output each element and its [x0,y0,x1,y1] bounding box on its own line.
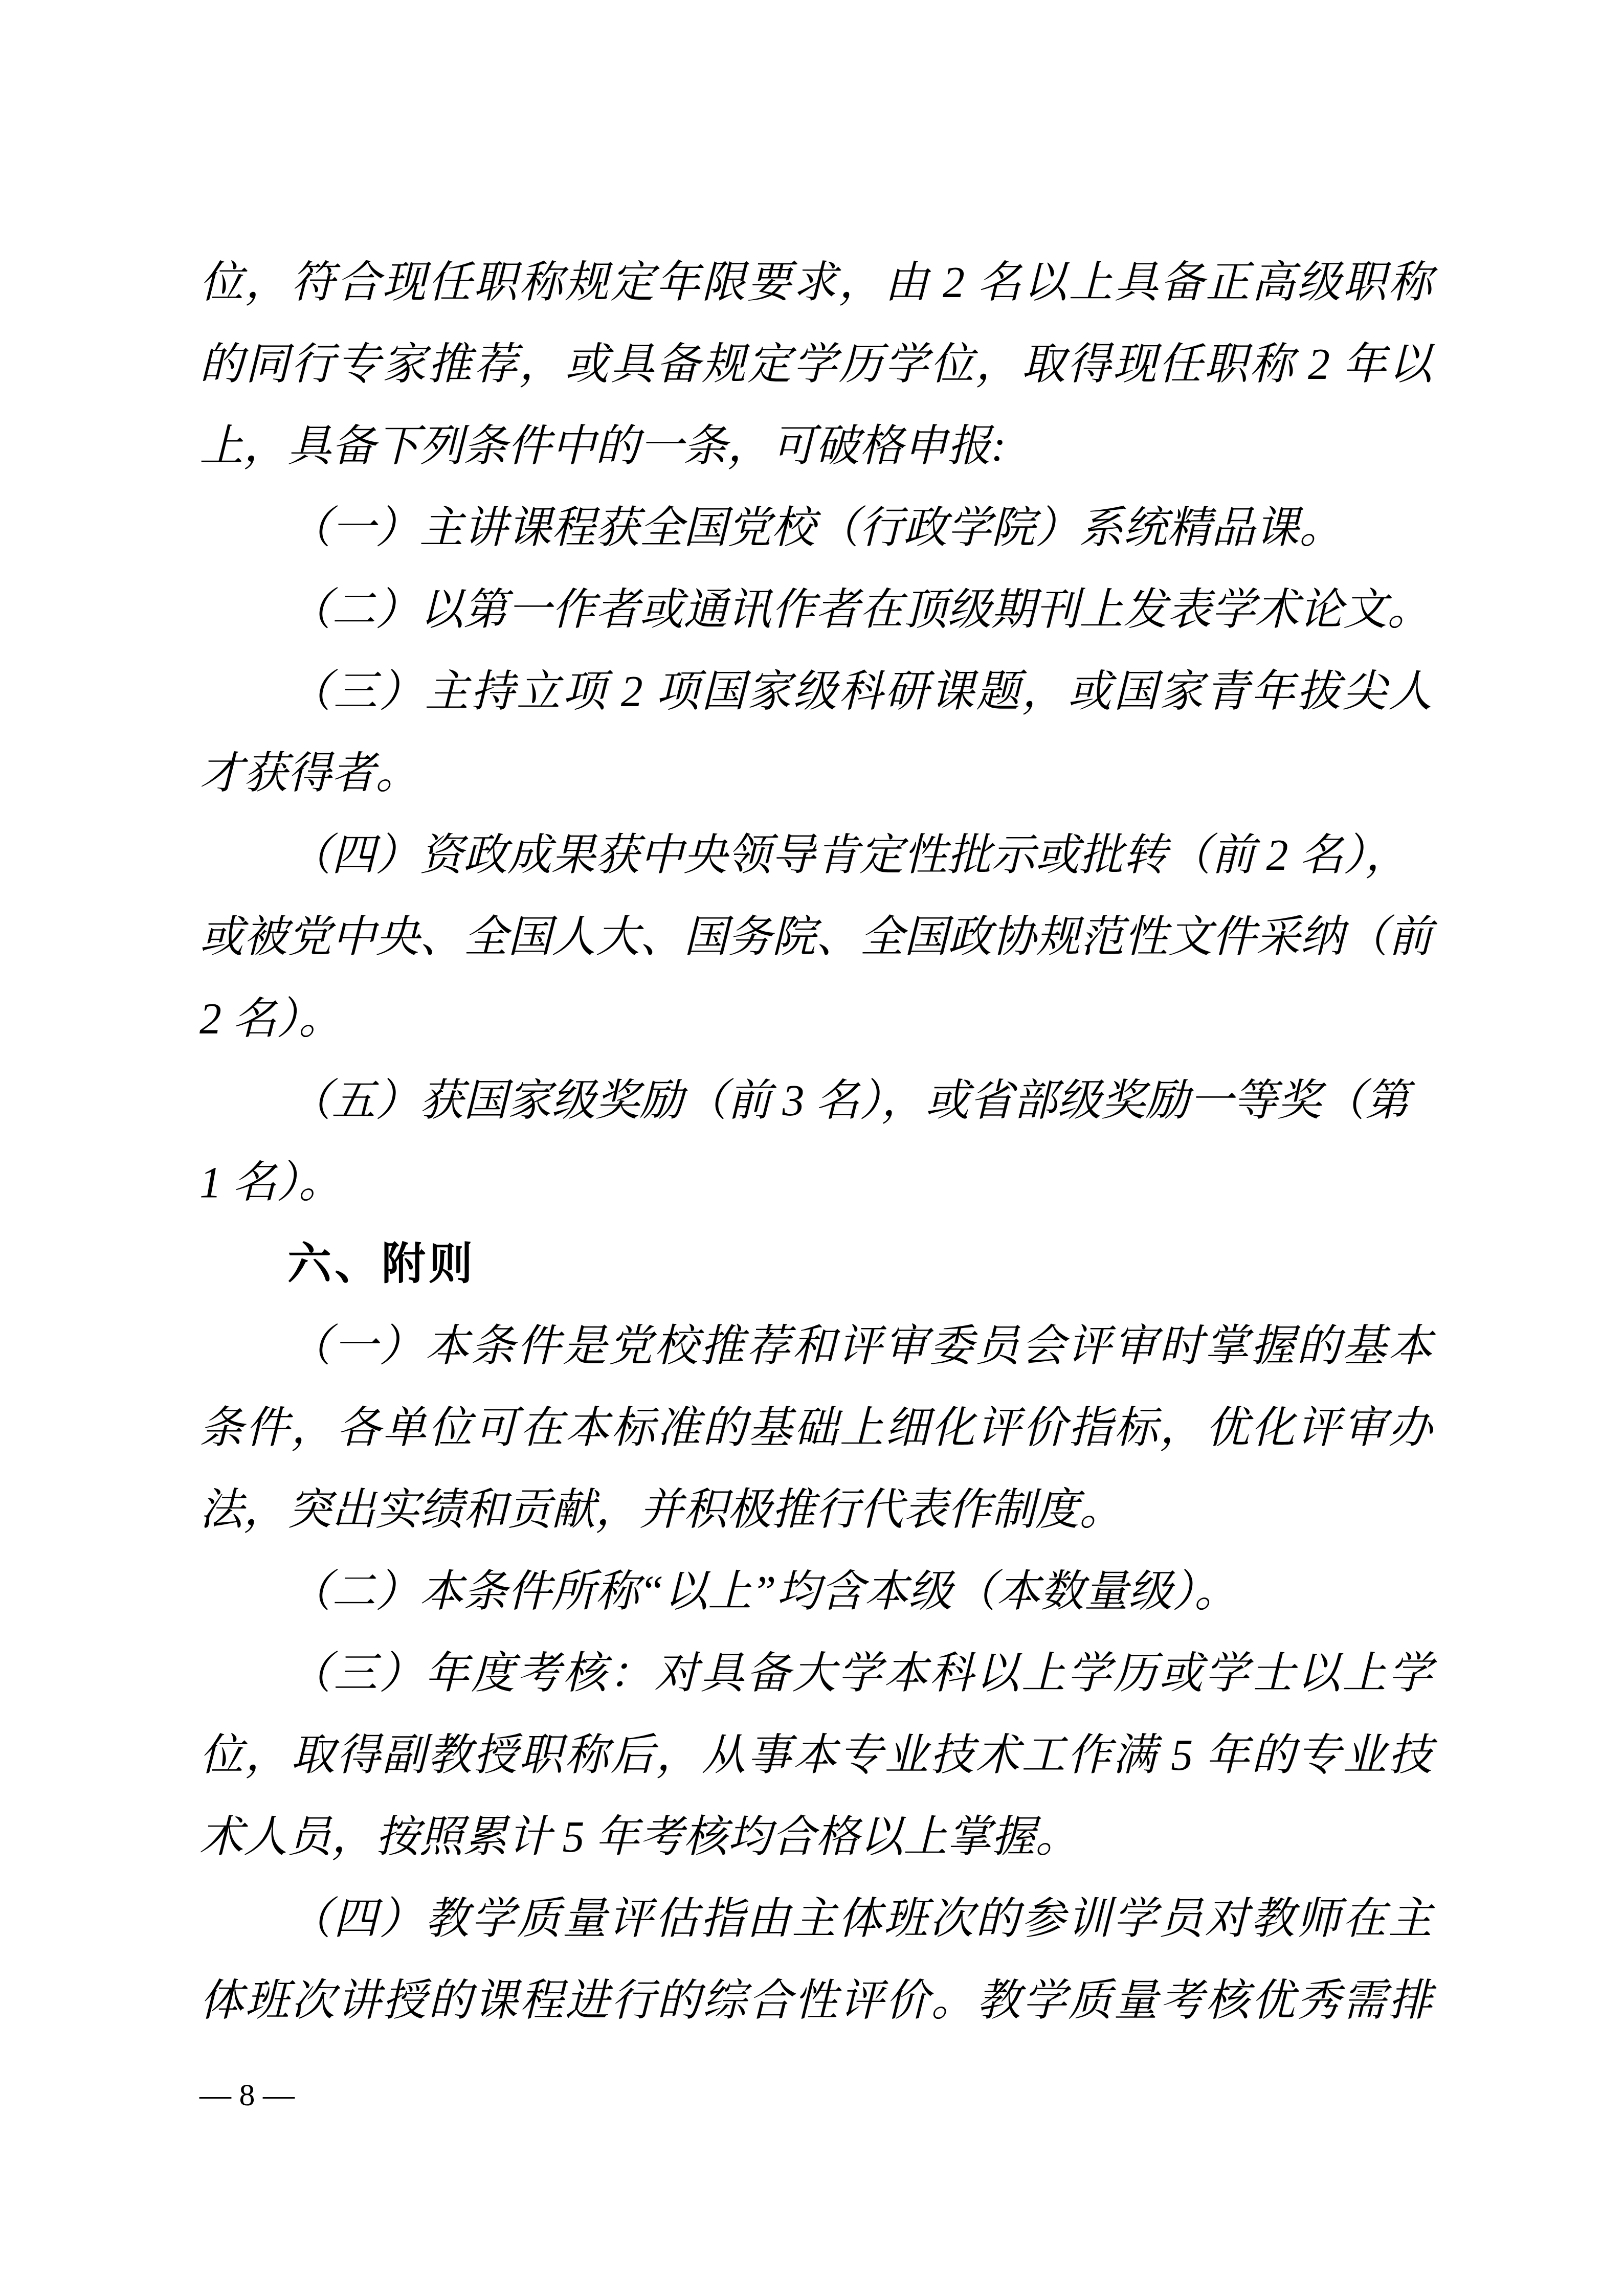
doc-line: 才获得者。 [199,732,1432,814]
doc-line: 的同行专家推荐，或具备规定学历学位，取得现任职称 2 年以 [199,323,1432,405]
doc-line: 1 名）。 [199,1141,1432,1223]
doc-line: 位，符合现任职称规定年限要求，由 2 名以上具备正高级职称 [199,241,1432,323]
doc-line: 2 名）。 [199,978,1432,1060]
text-block: 位，符合现任职称规定年限要求，由 2 名以上具备正高级职称 的同行专家推荐，或具… [199,241,1432,2041]
page-number: — 8 — [199,2077,295,2113]
doc-line: 或被党中央、全国人大、国务院、全国政协规范性文件采纳（前 [199,896,1432,978]
doc-line: （三）主持立项 2 项国家级科研课题，或国家青年拔尖人 [199,650,1432,732]
doc-line: （四）教学质量评估指由主体班次的参训学员对教师在主 [199,1878,1432,1960]
doc-line: （五）获国家级奖励（前 3 名），或省部级奖励一等奖（第 [199,1060,1432,1141]
doc-line: （二）本条件所称“以上”均含本级（本数量级）。 [199,1550,1432,1632]
doc-line: 法，突出实绩和贡献，并积极推行代表作制度。 [199,1469,1432,1550]
doc-line: （三）年度考核：对具备大学本科以上学历或学士以上学 [199,1632,1432,1714]
doc-line: 条件，各单位可在本标准的基础上细化评价指标，优化评审办 [199,1387,1432,1469]
doc-line: 上，具备下列条件中的一条，可破格申报: [199,405,1432,487]
doc-line: 术人员，按照累计 5 年考核均合格以上掌握。 [199,1796,1432,1878]
section-heading: 六、附则 [199,1223,1432,1305]
doc-line: 位，取得副教授职称后，从事本专业技术工作满 5 年的专业技 [199,1714,1432,1796]
doc-line: （二）以第一作者或通讯作者在顶级期刊上发表学术论文。 [199,569,1432,650]
doc-line: （一）主讲课程获全国党校（行政学院）系统精品课。 [199,487,1432,569]
doc-line: （一）本条件是党校推荐和评审委员会评审时掌握的基本 [199,1305,1432,1387]
doc-line: 体班次讲授的课程进行的综合性评价。教学质量考核优秀需排 [199,1960,1432,2041]
document-page: 位，符合现任职称规定年限要求，由 2 名以上具备正高级职称 的同行专家推荐，或具… [0,0,1624,2296]
doc-line: （四）资政成果获中央领导肯定性批示或批转（前 2 名）， [199,814,1432,896]
